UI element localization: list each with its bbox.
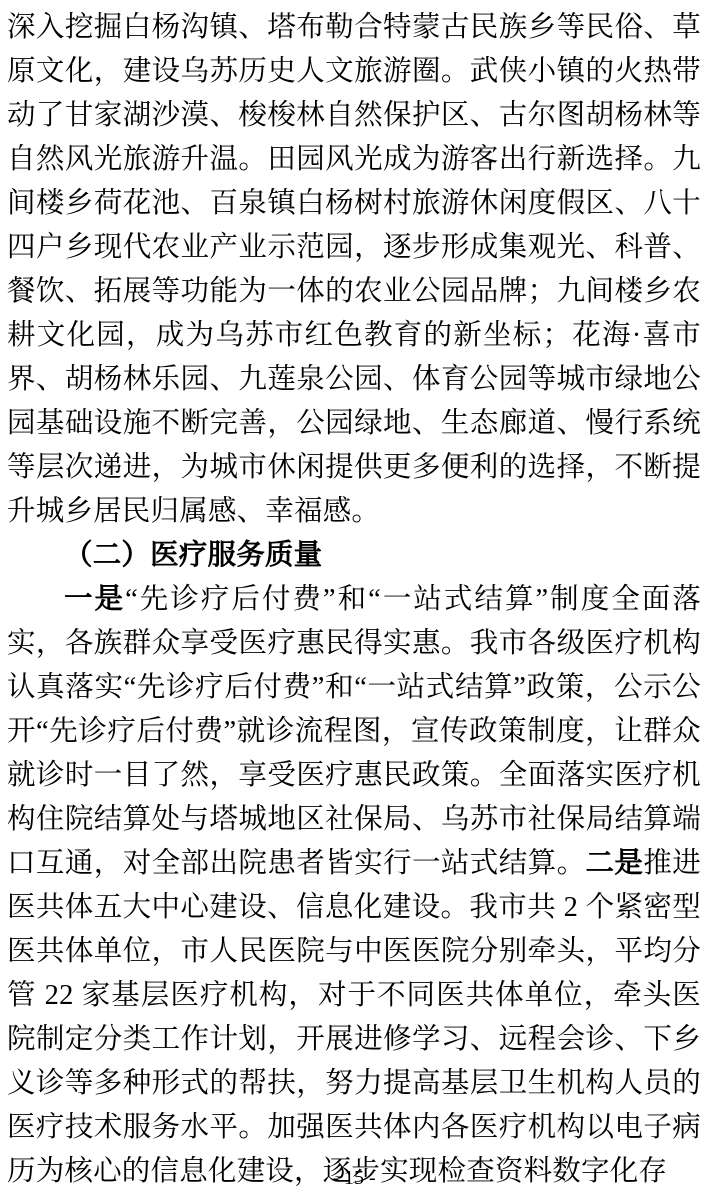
document-page: 深入挖掘白杨沟镇、塔布勒合特蒙古民族乡等民俗、草原文化，建设乌苏历史人文旅游圈。…: [0, 0, 708, 1198]
paragraph: 深入挖掘白杨沟镇、塔布勒合特蒙古民族乡等民俗、草原文化，建设乌苏历史人文旅游圈。…: [7, 6, 701, 534]
bold-text-run: 二是: [586, 848, 644, 879]
bold-text-run: 一是: [64, 584, 125, 615]
page-number: - 15 -: [332, 1167, 375, 1189]
document-body: 深入挖掘白杨沟镇、塔布勒合特蒙古民族乡等民俗、草原文化，建设乌苏历史人文旅游圈。…: [7, 6, 701, 1194]
bold-text-run: （二）医疗服务质量: [64, 540, 322, 571]
section-heading: （二）医疗服务质量: [7, 534, 701, 578]
text-run: 推进医共体五大中心建设、信息化建设。我市共 2 个紧密型医共体单位，市人民医院与…: [7, 848, 701, 1187]
text-run: 深入挖掘白杨沟镇、塔布勒合特蒙古民族乡等民俗、草原文化，建设乌苏历史人文旅游圈。…: [7, 12, 701, 527]
paragraph: 一是“先诊疗后付费”和“一站式结算”制度全面落实，各族群众享受医疗惠民得实惠。我…: [7, 578, 701, 1194]
text-run: “先诊疗后付费”和“一站式结算”制度全面落实，各族群众享受医疗惠民得实惠。我市各…: [7, 584, 701, 879]
page-footer: - 15 -: [0, 1167, 708, 1189]
